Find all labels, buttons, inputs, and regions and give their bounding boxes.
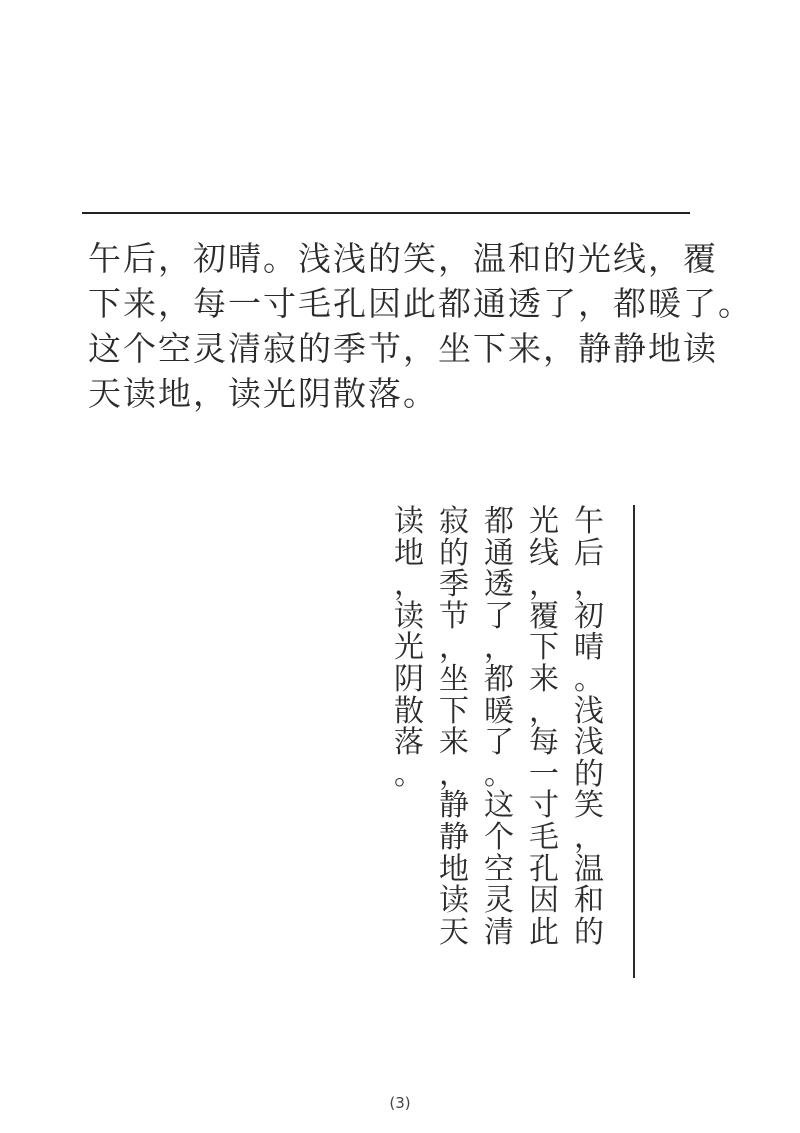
vertical-glyph: 下 bbox=[439, 696, 469, 728]
vertical-glyph: 静 bbox=[439, 822, 469, 854]
vertical-glyph: ， bbox=[394, 569, 424, 601]
vertical-glyph: 天 bbox=[439, 917, 469, 949]
vertical-glyph: ， bbox=[574, 822, 604, 854]
vertical-glyph: 。 bbox=[394, 759, 424, 791]
vertical-glyph: 因 bbox=[529, 885, 559, 917]
vertical-column-4: 寂的季节，坐下来，静静地读天 bbox=[439, 506, 469, 948]
vertical-glyph: 和 bbox=[574, 885, 604, 917]
horizontal-line-1: 午后，初晴。浅浅的笑，温和的光线，覆 bbox=[88, 236, 753, 281]
top-rule bbox=[82, 212, 690, 214]
vertical-glyph: 的 bbox=[574, 759, 604, 791]
vertical-glyph: 读 bbox=[394, 506, 424, 538]
vertical-glyph: 此 bbox=[529, 917, 559, 949]
vertical-glyph: ， bbox=[484, 632, 514, 664]
vertical-glyph: 地 bbox=[394, 538, 424, 570]
vertical-glyph: 寸 bbox=[529, 790, 559, 822]
vertical-glyph: 地 bbox=[439, 854, 469, 886]
vertical-glyph: 灵 bbox=[484, 885, 514, 917]
vertical-glyph: 静 bbox=[439, 790, 469, 822]
vertical-glyph: 。 bbox=[574, 664, 604, 696]
vertical-glyph: 暖 bbox=[484, 696, 514, 728]
vertical-glyph: 。 bbox=[484, 759, 514, 791]
vertical-glyph: 初 bbox=[574, 601, 604, 633]
vertical-column-2: 光线，覆下来，每一寸毛孔因此 bbox=[529, 506, 559, 948]
vertical-glyph: 读 bbox=[439, 885, 469, 917]
horizontal-line-3: 这个空灵清寂的季节，坐下来，静静地读 bbox=[88, 326, 753, 371]
vertical-glyph: ， bbox=[439, 632, 469, 664]
vertical-glyph: 下 bbox=[529, 632, 559, 664]
page-number: (3) bbox=[0, 1094, 800, 1112]
vertical-glyph: 午 bbox=[574, 506, 604, 538]
vertical-glyph: 都 bbox=[484, 664, 514, 696]
vertical-glyph: 都 bbox=[484, 506, 514, 538]
vertical-glyph: 浅 bbox=[574, 696, 604, 728]
vertical-glyph: 通 bbox=[484, 538, 514, 570]
vertical-glyph: ， bbox=[439, 759, 469, 791]
vertical-glyph: 季 bbox=[439, 569, 469, 601]
vertical-glyph: ， bbox=[529, 569, 559, 601]
vertical-glyph: 寂 bbox=[439, 506, 469, 538]
vertical-column-5: 读地，读光阴散落。 bbox=[394, 506, 424, 948]
vertical-glyph: 落 bbox=[394, 727, 424, 759]
horizontal-line-2: 下来，每一寸毛孔因此都通透了，都暖了。 bbox=[88, 281, 753, 326]
horizontal-paragraph: 午后，初晴。浅浅的笑，温和的光线，覆 下来，每一寸毛孔因此都通透了，都暖了。 这… bbox=[88, 236, 753, 416]
vertical-glyph: 散 bbox=[394, 696, 424, 728]
vertical-glyph: 线 bbox=[529, 538, 559, 570]
vertical-glyph: 来 bbox=[529, 664, 559, 696]
vertical-glyph: 光 bbox=[394, 632, 424, 664]
vertical-glyph: 浅 bbox=[574, 727, 604, 759]
vertical-glyph: 了 bbox=[484, 601, 514, 633]
vertical-glyph: 的 bbox=[439, 538, 469, 570]
vertical-glyph: 读 bbox=[394, 601, 424, 633]
vertical-glyph: 阴 bbox=[394, 664, 424, 696]
vertical-glyph: 每 bbox=[529, 727, 559, 759]
vertical-glyph: 一 bbox=[529, 759, 559, 791]
vertical-column-1: 午后，初晴。浅浅的笑，温和的 bbox=[574, 506, 604, 948]
vertical-glyph: 的 bbox=[574, 917, 604, 949]
vertical-glyph: 这 bbox=[484, 790, 514, 822]
vertical-glyph: 坐 bbox=[439, 664, 469, 696]
vertical-rule bbox=[633, 505, 635, 978]
vertical-glyph: 晴 bbox=[574, 632, 604, 664]
vertical-glyph: 了 bbox=[484, 727, 514, 759]
vertical-glyph: ， bbox=[529, 696, 559, 728]
vertical-glyph: 毛 bbox=[529, 822, 559, 854]
vertical-glyph: 笑 bbox=[574, 790, 604, 822]
horizontal-line-4: 天读地，读光阴散落。 bbox=[88, 371, 753, 416]
vertical-paragraph: 午后，初晴。浅浅的笑，温和的 光线，覆下来，每一寸毛孔因此 都通透了，都暖了。这… bbox=[394, 506, 604, 948]
vertical-glyph: 温 bbox=[574, 854, 604, 886]
vertical-glyph: 覆 bbox=[529, 601, 559, 633]
vertical-glyph: 来 bbox=[439, 727, 469, 759]
vertical-glyph: 清 bbox=[484, 917, 514, 949]
vertical-column-3: 都通透了，都暖了。这个空灵清 bbox=[484, 506, 514, 948]
vertical-glyph: 光 bbox=[529, 506, 559, 538]
vertical-glyph: 个 bbox=[484, 822, 514, 854]
vertical-glyph: 后 bbox=[574, 538, 604, 570]
vertical-glyph: 透 bbox=[484, 569, 514, 601]
vertical-glyph: 孔 bbox=[529, 854, 559, 886]
vertical-glyph: 节 bbox=[439, 601, 469, 633]
vertical-glyph: ， bbox=[574, 569, 604, 601]
vertical-glyph: 空 bbox=[484, 854, 514, 886]
